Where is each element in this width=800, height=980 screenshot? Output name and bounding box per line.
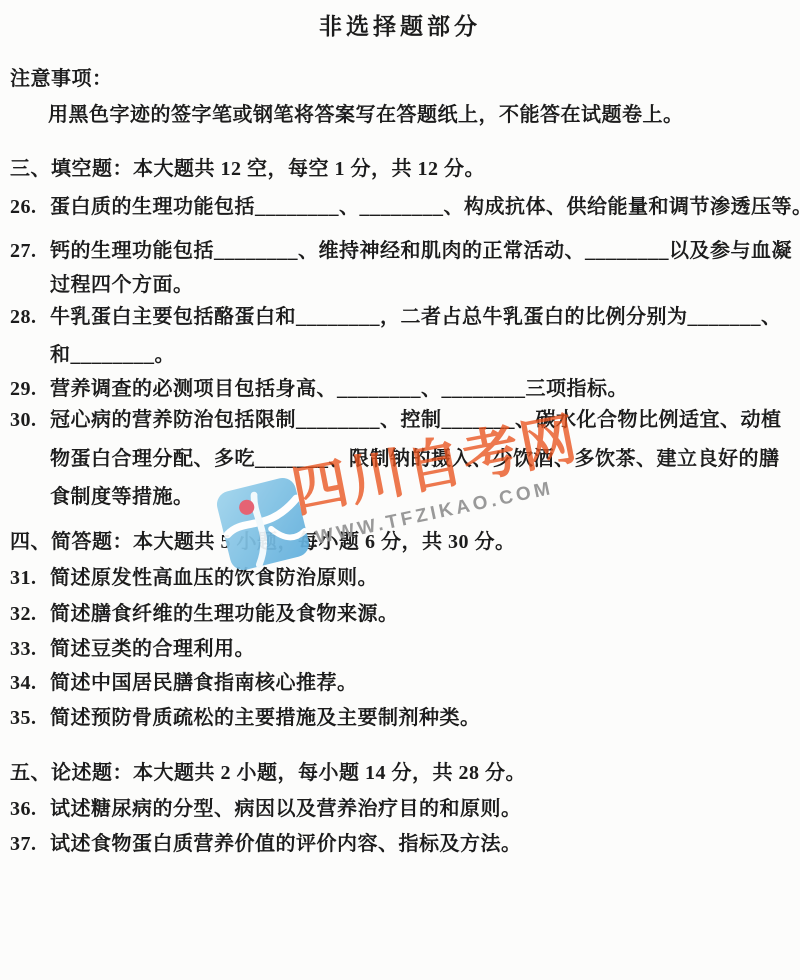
question-number: 30. <box>10 407 50 433</box>
question-number: 34. <box>10 670 50 696</box>
question-number: 26. <box>10 194 50 220</box>
question-number: 32. <box>10 601 50 627</box>
page-title: 非选择题部分 <box>0 12 800 42</box>
question-37: 37.试述食物蛋白质营养价值的评价内容、指标及方法。 <box>10 831 522 857</box>
section-heading-fill-blank: 三、填空题：本大题共 12 空，每空 1 分，共 12 分。 <box>10 156 485 182</box>
question-text: 营养调查的必测项目包括身高、________、________三项指标。 <box>50 378 628 400</box>
question-31: 31.简述原发性高血压的饮食防治原则。 <box>10 565 378 591</box>
question-30: 30.冠心病的营养防治包括限制________、控制_______、碳水化合物比… <box>10 407 782 433</box>
question-33: 33.简述豆类的合理利用。 <box>10 636 255 662</box>
question-number: 28. <box>10 304 50 330</box>
question-text: 蛋白质的生理功能包括________、________、构成抗体、供给能量和调节… <box>50 196 800 218</box>
notice-body: 用黑色字迹的签字笔或钢笔将答案写在答题纸上，不能答在试题卷上。 <box>48 102 684 128</box>
question-text: 试述食物蛋白质营养价值的评价内容、指标及方法。 <box>50 833 522 855</box>
question-text: 简述预防骨质疏松的主要措施及主要制剂种类。 <box>50 707 481 729</box>
section-heading-short-answer: 四、简答题：本大题共 5 小题，每小题 6 分，共 30 分。 <box>10 529 516 555</box>
question-30-continuation: 物蛋白合理分配、多吃_______、限制钠的摄入、少饮酒、多饮茶、建立良好的膳 <box>50 446 780 472</box>
question-30-continuation: 食制度等措施。 <box>50 484 194 510</box>
question-text: 钙的生理功能包括________、维持神经和肌肉的正常活动、________以及… <box>50 240 792 262</box>
question-number: 35. <box>10 705 50 731</box>
question-text: 冠心病的营养防治包括限制________、控制_______、碳水化合物比例适宜… <box>50 409 782 431</box>
question-36: 36.试述糖尿病的分型、病因以及营养治疗目的和原则。 <box>10 796 522 822</box>
dancing-figure-icon <box>212 471 315 577</box>
question-text: 简述中国居民膳食指南核心推荐。 <box>50 672 358 694</box>
question-text: 简述原发性高血压的饮食防治原则。 <box>50 567 378 589</box>
watermark-logo <box>212 471 315 577</box>
question-29: 29.营养调查的必测项目包括身高、________、________三项指标。 <box>10 376 628 402</box>
question-35: 35.简述预防骨质疏松的主要措施及主要制剂种类。 <box>10 705 481 731</box>
question-28-continuation: 和________。 <box>50 342 175 368</box>
question-text: 简述豆类的合理利用。 <box>50 638 255 660</box>
question-number: 31. <box>10 565 50 591</box>
question-32: 32.简述膳食纤维的生理功能及食物来源。 <box>10 601 399 627</box>
notice-heading: 注意事项： <box>10 66 113 92</box>
exam-page: 非选择题部分 注意事项： 用黑色字迹的签字笔或钢笔将答案写在答题纸上，不能答在试… <box>0 0 800 980</box>
question-28: 28.牛乳蛋白主要包括酪蛋白和________，二者占总牛乳蛋白的比例分别为__… <box>10 304 782 330</box>
question-text: 简述膳食纤维的生理功能及食物来源。 <box>50 603 399 625</box>
question-34: 34.简述中国居民膳食指南核心推荐。 <box>10 670 358 696</box>
question-26: 26.蛋白质的生理功能包括________、________、构成抗体、供给能量… <box>10 194 800 220</box>
question-number: 29. <box>10 376 50 402</box>
section-heading-essay: 五、论述题：本大题共 2 小题，每小题 14 分，共 28 分。 <box>10 760 526 786</box>
question-number: 36. <box>10 796 50 822</box>
question-27: 27.钙的生理功能包括________、维持神经和肌肉的正常活动、_______… <box>10 238 792 264</box>
question-number: 33. <box>10 636 50 662</box>
question-text: 试述糖尿病的分型、病因以及营养治疗目的和原则。 <box>50 798 522 820</box>
question-number: 27. <box>10 238 50 264</box>
question-27-continuation: 过程四个方面。 <box>50 272 194 298</box>
question-number: 37. <box>10 831 50 857</box>
question-text: 牛乳蛋白主要包括酪蛋白和________，二者占总牛乳蛋白的比例分别为_____… <box>50 306 782 328</box>
